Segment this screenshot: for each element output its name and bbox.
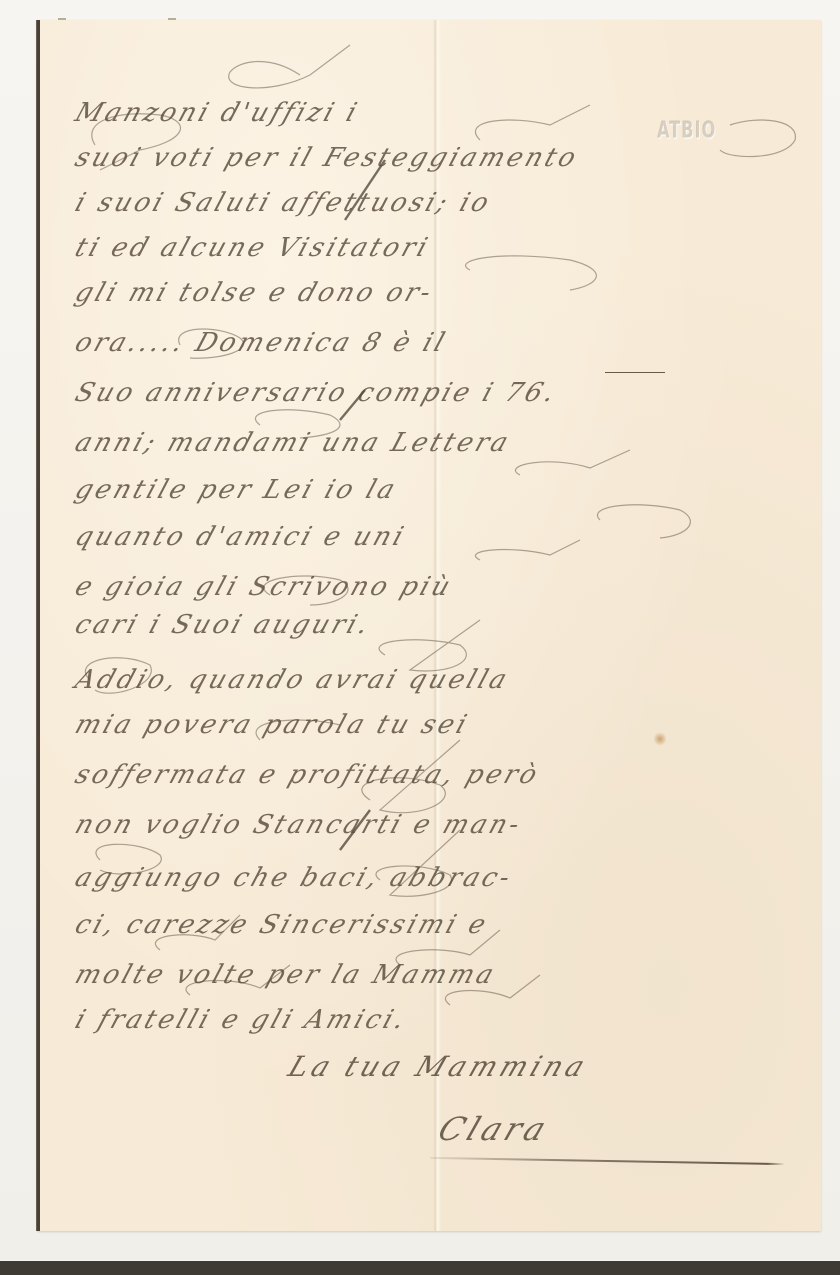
letter-line: i fratelli e gli Amici. <box>68 1005 826 1045</box>
letter-line: aggiungo che baci, abbrac- <box>68 863 826 903</box>
closing-phrase: La tua Mammina <box>284 1050 593 1083</box>
letter-line: gli mi tolse e dono or- <box>68 278 826 318</box>
letter-sheet: ATBIO <box>37 20 821 1231</box>
letter-line: i suoi Saluti affettuosi; io <box>68 188 826 228</box>
letter-line: e gioia gli Scrivono più <box>68 572 826 612</box>
letter-line: ti ed alcune Visitatori <box>68 233 826 273</box>
letter-line: Suo anniversario compie i 76. <box>68 378 826 418</box>
letter-line: molte volte per la Mamma <box>68 960 826 1000</box>
signature: Clara <box>433 1110 555 1148</box>
letter-line: mia povera parola tu sei <box>68 710 826 750</box>
letter-line: cari i Suoi auguri. <box>68 610 826 650</box>
letter-line: soffermata e profittata, però <box>68 760 826 800</box>
scanner-edge-band <box>0 1261 840 1275</box>
letter-line: quanto d'amici e uni <box>68 522 826 562</box>
date-underline <box>605 372 665 373</box>
letter-line: suoi voti per il Festeggiamento <box>68 143 826 183</box>
letter-line: ora..... Domenica 8 è il <box>68 328 826 368</box>
signature-flourish-line <box>430 1157 785 1165</box>
letter-line: gentile per Lei io la <box>68 475 826 515</box>
letter-line: anni; mandami una Lettera <box>68 428 826 468</box>
letter-line: non voglio Stancarti e man- <box>68 810 826 850</box>
letter-line: Addio, quando avrai quella <box>68 665 826 705</box>
letter-line: ci, carezze Sincerissimi e <box>68 910 826 950</box>
letter-line: Manzoni d'uffizi i <box>68 98 826 138</box>
